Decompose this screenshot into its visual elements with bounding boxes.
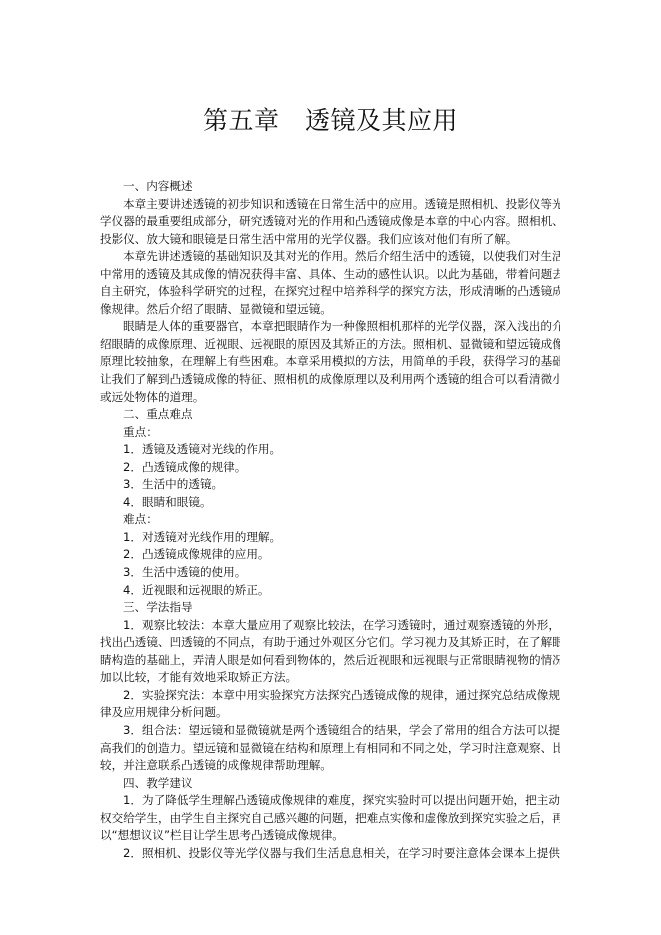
text-line: 3．生活中的透镜。 [100, 476, 560, 494]
section-heading: 二、重点难点 [100, 406, 560, 424]
text-line: 像规律。然后介绍了眼睛、显微镜和望远镜。 [100, 301, 560, 319]
text-line: 或远处物体的道理。 [100, 389, 560, 407]
text-line: 1．为了降低学生理解凸透镜成像规律的难度，探究实验时可以提出问题开始，把主动 [100, 792, 560, 810]
text-line: 1．透镜及透镜对光线的作用。 [100, 441, 560, 459]
text-line: 加以比较，才能有效地采取矫正方法。 [100, 669, 560, 687]
text-line: 让我们了解到凸透镜成像的特征、照相机的成像原理以及利用两个透镜的组合可以看清微小 [100, 371, 560, 389]
text-line: 2．凸透镜成像规律的应用。 [100, 546, 560, 564]
text-line: 本章先讲述透镜的基础知识及其对光的作用。然后介绍生活中的透镜，以使我们对生活 [100, 248, 560, 266]
section-heading: 四、教学建议 [100, 775, 560, 793]
text-line: 以“想想议议”栏目让学生思考凸透镜成像规律。 [100, 827, 560, 845]
section-heading: 一、内容概述 [100, 178, 560, 196]
section-heading: 三、学法指导 [100, 599, 560, 617]
text-line: 律及应用规律分析问题。 [100, 704, 560, 722]
text-line: 学仪器的最重要组成部分，研究透镜对光的作用和凸透镜成像是本章的中心内容。照相机、 [100, 213, 560, 231]
text-line: 绍眼睛的成像原理、近视眼、远视眼的原因及其矫正的方法。照相机、显微镜和望远镜成像 [100, 336, 560, 354]
text-line: 中常用的透镜及其成像的情况获得丰富、具体、生动的感性认识。以此为基础，带着问题去 [100, 266, 560, 284]
text-line: 眼睛是人体的重要器官，本章把眼睛作为一种像照相机那样的光学仪器，深入浅出的介 [100, 318, 560, 336]
text-line: 2．照相机、投影仪等光学仪器与我们生活息息相关，在学习时要注意体会课本上提供 [100, 845, 560, 863]
text-line: 本章主要讲述透镜的初步知识和透镜在日常生活中的应用。透镜是照相机、投影仪等光 [100, 196, 560, 214]
text-line: 投影仪、放大镜和眼镜是日常生活中常用的光学仪器。我们应该对他们有所了解。 [100, 231, 560, 249]
text-line: 3．组合法：望远镜和显微镜就是两个透镜组合的结果，学会了常用的组合方法可以提 [100, 722, 560, 740]
text-line: 4．眼睛和眼镜。 [100, 494, 560, 512]
text-line: 自主研究，体验科学研究的过程，在探究过程中培养科学的探究方法，形成清晰的凸透镜成 [100, 283, 560, 301]
text-line: 2．凸透镜成像的规律。 [100, 459, 560, 477]
document-page: 第五章 透镜及其应用 一、内容概述本章主要讲述透镜的初步知识和透镜在日常生活中的… [0, 0, 661, 935]
chapter-title: 第五章 透镜及其应用 [0, 101, 661, 137]
text-line: 睛构造的基础上，弄清人眼是如何看到物体的，然后近视眼和远视眼与正常眼睛视物的情况 [100, 652, 560, 670]
text-line: 找出凸透镜、凹透镜的不同点，有助于通过外观区分它们。学习视力及其矫正时，在了解眼 [100, 634, 560, 652]
subheading: 重点： [100, 424, 560, 442]
text-line: 高我们的创造力。望远镜和显微镜在结构和原理上有相同和不同之处，学习时注意观察、比 [100, 740, 560, 758]
text-line: 1．对透镜对光线作用的理解。 [100, 529, 560, 547]
text-line: 1．观察比较法：本章大量应用了观察比较法，在学习透镜时，通过观察透镜的外形， [100, 617, 560, 635]
text-line: 较，并注意联系凸透镜的成像规律帮助理解。 [100, 757, 560, 775]
text-line: 3．生活中透镜的使用。 [100, 564, 560, 582]
subheading: 难点： [100, 511, 560, 529]
text-line: 权交给学生，由学生自主探究自己感兴趣的问题，把难点实像和虚像放到探究实验之后，再 [100, 810, 560, 828]
document-body: 一、内容概述本章主要讲述透镜的初步知识和透镜在日常生活中的应用。透镜是照相机、投… [100, 178, 560, 862]
text-line: 2．实验探究法：本章中用实验探究方法探究凸透镜成像的规律，通过探究总结成像规 [100, 687, 560, 705]
text-line: 4．近视眼和远视眼的矫正。 [100, 582, 560, 600]
text-line: 原理比较抽象，在理解上有些困难。本章采用模拟的方法，用简单的手段，获得学习的基础… [100, 353, 560, 371]
